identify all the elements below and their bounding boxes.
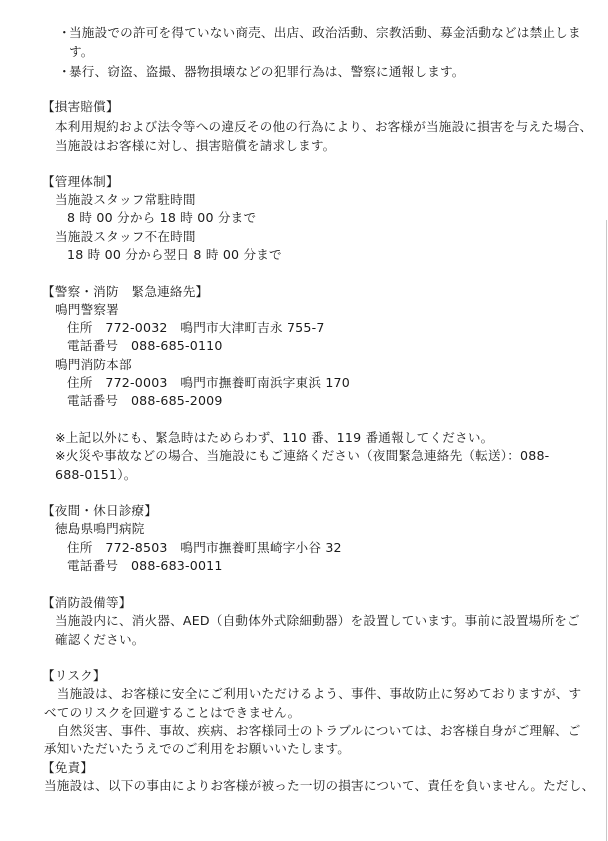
fire-equipment-text: 当施設内に、消火器、AED（自動体外式除細動器）を設置しています。事前に設置場所… <box>55 613 580 629</box>
emergency-note: ※上記以外にも、緊急時はためらわず、110 番、119 番通報してください。 <box>55 430 493 446</box>
contact-phone-police: 電話番号 088-685-0110 <box>67 338 223 354</box>
contact-phone-fire: 電話番号 088-685-2009 <box>67 393 223 409</box>
risk-text: 承知いただいたうえでのご利用をお願いいたします。 <box>44 741 350 757</box>
section-heading-damages: 【損害賠償】 <box>42 99 119 115</box>
unstaffed-hours-label: 当施設スタッフ不在時間 <box>55 229 196 245</box>
fire-equipment-text: 確認ください。 <box>55 632 145 648</box>
disclaimer-text: 当施設は、以下の事由によりお客様が被った一切の損害について、責任を負いません。た… <box>44 778 594 794</box>
risk-text: 自然災害、事件、事故、疾病、お客様同士のトラブルについては、お客様自身がご理解、… <box>44 723 581 739</box>
rule-bullet-text: 当施設での許可を得ていない商売、出店、政治活動、宗教活動、募金活動などは禁止しま <box>69 25 581 41</box>
risk-text: べてのリスクを回避することはできません。 <box>44 705 300 721</box>
staffed-hours-value: 8 時 00 分から 18 時 00 分まで <box>67 210 256 226</box>
risk-text: 当施設は、お客様に安全にご利用いただけるよう、事件、事故防止に努めておりますが、… <box>44 686 581 702</box>
rule-bullet-text: 暴行、窃盗、盗撮、器物損壊などの犯罪行為は、警察に通報します。 <box>69 64 465 80</box>
contact-name-police: 鳴門警察署 <box>55 302 119 318</box>
damages-text: 当施設はお客様に対し、損害賠償を請求します。 <box>55 138 335 154</box>
section-heading-management: 【管理体制】 <box>42 174 119 190</box>
page-edge-divider <box>606 220 607 841</box>
section-heading-disclaimer: 【免責】 <box>42 760 93 776</box>
section-heading-risk: 【リスク】 <box>42 668 106 684</box>
emergency-note: ※火災や事故などの場合、当施設にもご連絡ください（夜間緊急連絡先（転送）：088… <box>55 448 549 464</box>
section-heading-fire-equipment: 【消防設備等】 <box>42 595 132 611</box>
clinic-phone: 電話番号 088-683-0011 <box>67 558 223 574</box>
section-heading-emergency: 【警察・消防 緊急連絡先】 <box>42 284 208 300</box>
emergency-note: 688-0151）。 <box>55 467 137 483</box>
rule-bullet-text: す。 <box>69 44 94 60</box>
contact-address-fire: 住所 772-0003 鳴門市撫養町南浜字東浜 170 <box>67 375 350 391</box>
contact-name-fire: 鳴門消防本部 <box>55 357 132 373</box>
clinic-address: 住所 772-8503 鳴門市撫養町黒崎字小谷 32 <box>67 540 342 556</box>
section-heading-night-clinic: 【夜間・休日診療】 <box>42 503 157 519</box>
staffed-hours-label: 当施設スタッフ常駐時間 <box>55 192 196 208</box>
unstaffed-hours-value: 18 時 00 分から翌日 8 時 00 分まで <box>67 247 282 263</box>
damages-text: 本利用規約および法令等への違反その他の行為により、お客様が当施設に損害を与えた場… <box>55 119 592 135</box>
contact-address-police: 住所 772-0032 鳴門市大津町吉永 755-7 <box>67 320 325 336</box>
clinic-name: 徳島県鳴門病院 <box>55 521 145 537</box>
